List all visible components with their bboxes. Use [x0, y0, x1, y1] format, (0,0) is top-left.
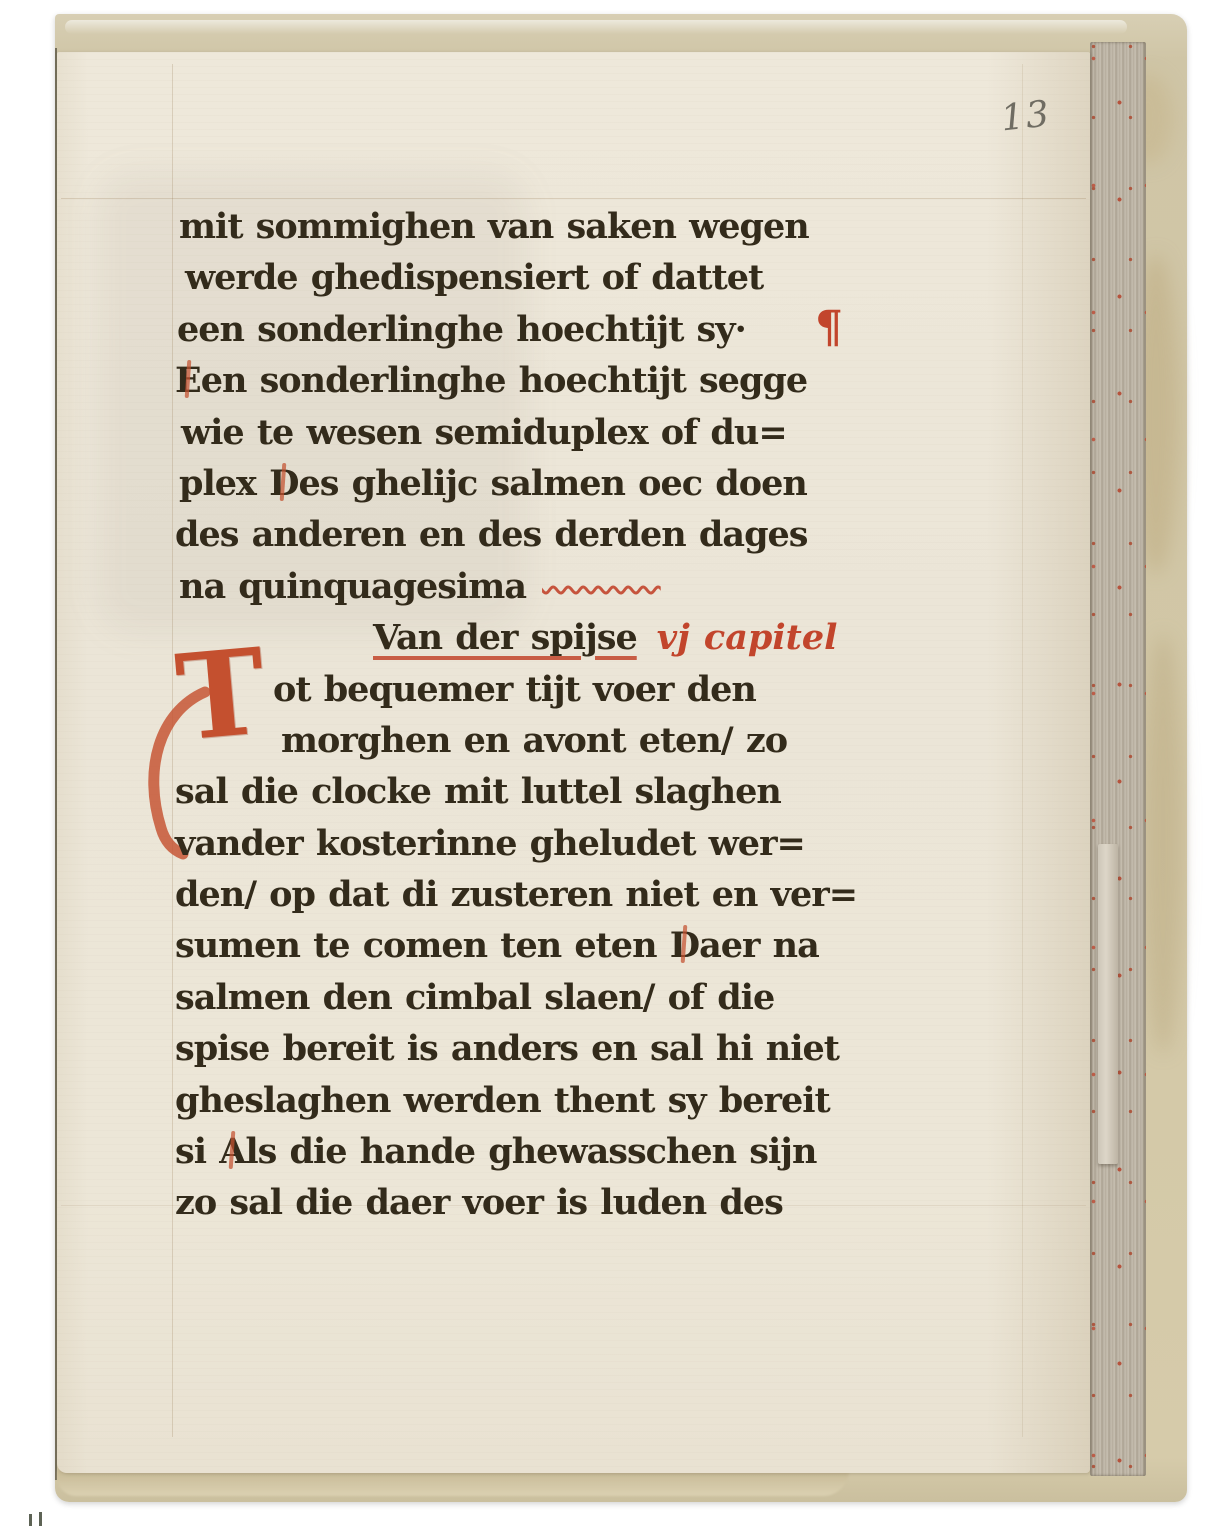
ink-text: werde ghedispensiert of dattet	[185, 257, 763, 298]
rubricated-capital: A	[219, 1127, 245, 1177]
ink-text: plex	[179, 463, 269, 504]
pilcrow-mark: ¶	[815, 303, 842, 353]
manuscript-line: Een sonderlinghe hoechtijt segge	[175, 356, 923, 407]
manuscript-line: gheslaghen werden thent sy bereit	[175, 1076, 923, 1127]
manuscript-line: plex Des ghelijc salmen oec doen	[175, 459, 923, 510]
manuscript-line: een sonderlinghe hoechtijt sy·¶	[175, 305, 923, 356]
rubricated-capital: D	[670, 921, 699, 971]
ink-text: een sonderlinghe hoechtijt sy·	[177, 309, 746, 350]
ink-text: si	[175, 1131, 219, 1172]
manuscript-line: ot bequemer tijt voer den	[175, 665, 923, 716]
cover-bottom-edge	[57, 1470, 849, 1496]
rubric-text: vj capitel	[657, 617, 838, 658]
manuscript-book: 13 T mit sommighen van saken wegenwerde …	[55, 14, 1187, 1502]
manuscript-line: Van der spijsevj capitel	[175, 613, 923, 664]
manuscript-page: 13 T mit sommighen van saken wegenwerde …	[57, 52, 1090, 1473]
manuscript-line: sal die clocke mit luttel slaghen	[175, 767, 923, 818]
ink-text: morghen en avont eten/ zo	[281, 720, 787, 761]
manuscript-line: wie te wesen semiduplex of du=	[175, 408, 923, 459]
ink-text: sumen te comen ten eten	[175, 925, 670, 966]
photo-edge-mark	[29, 1514, 32, 1526]
line-filler-squiggle	[542, 566, 661, 607]
manuscript-line: des anderen en des derden dages	[175, 510, 923, 561]
book-fore-edge	[1090, 42, 1146, 1476]
manuscript-line: na quinquagesima	[175, 562, 923, 613]
ink-text: en sonderlinghe hoechtijt segge	[201, 360, 807, 401]
ink-text: es ghelijc salmen oec doen	[298, 463, 806, 504]
manuscript-line: salmen den cimbal slaen/ of die	[175, 973, 923, 1024]
manuscript-line: morghen en avont eten/ zo	[175, 716, 923, 767]
ink-text: na quinquagesima	[179, 566, 526, 607]
ruling-line-horizontal-top	[61, 198, 1086, 199]
manuscript-line: zo sal die daer voer is luden des	[175, 1178, 923, 1229]
manuscript-line: si Als die hande ghewasschen sijn	[175, 1127, 923, 1178]
manuscript-line: sumen te comen ten eten Daer na	[175, 921, 923, 972]
ink-text: ls die hande ghewasschen sijn	[245, 1131, 816, 1172]
ink-text: des anderen en des derden dages	[175, 514, 808, 555]
ink-text: ot bequemer tijt voer den	[273, 669, 756, 710]
chapter-heading: Van der spijse	[373, 617, 637, 658]
red-speckled-edge	[1090, 42, 1146, 1476]
rubricated-capital: D	[269, 459, 298, 509]
folio-number: 13	[999, 94, 1053, 140]
text-block: T mit sommighen van saken wegenwerde ghe…	[175, 202, 923, 1230]
ink-text: spise bereit is anders en sal hi niet	[175, 1028, 839, 1069]
ink-text: sal die clocke mit luttel slaghen	[175, 771, 781, 812]
ink-text: aer na	[699, 925, 819, 966]
rubricated-capital: E	[175, 356, 201, 406]
cover-stain	[1143, 634, 1183, 1054]
ink-text: salmen den cimbal slaen/ of die	[175, 977, 774, 1018]
manuscript-line: den/ op dat di zusteren niet en ver=	[175, 870, 923, 921]
ink-text: gheslaghen werden thent sy bereit	[175, 1080, 830, 1121]
manuscript-line: werde ghedispensiert of dattet	[175, 253, 923, 304]
ruling-line-vertical-right	[1022, 64, 1023, 1437]
ink-text: vander kosterinne gheludet wer=	[175, 823, 805, 864]
bookmark-tab	[1098, 844, 1118, 1164]
ink-text: den/ op dat di zusteren niet en ver=	[175, 874, 857, 915]
ink-text: wie te wesen semiduplex of du=	[181, 412, 787, 453]
manuscript-line: spise bereit is anders en sal hi niet	[175, 1024, 923, 1075]
ink-text: mit sommighen van saken wegen	[179, 206, 809, 247]
ink-text: zo sal die daer voer is luden des	[175, 1182, 783, 1223]
manuscript-line: mit sommighen van saken wegen	[175, 202, 923, 253]
photo-edge-mark	[39, 1512, 42, 1526]
cover-top-edge	[65, 20, 1127, 34]
manuscript-line: vander kosterinne gheludet wer=	[175, 819, 923, 870]
